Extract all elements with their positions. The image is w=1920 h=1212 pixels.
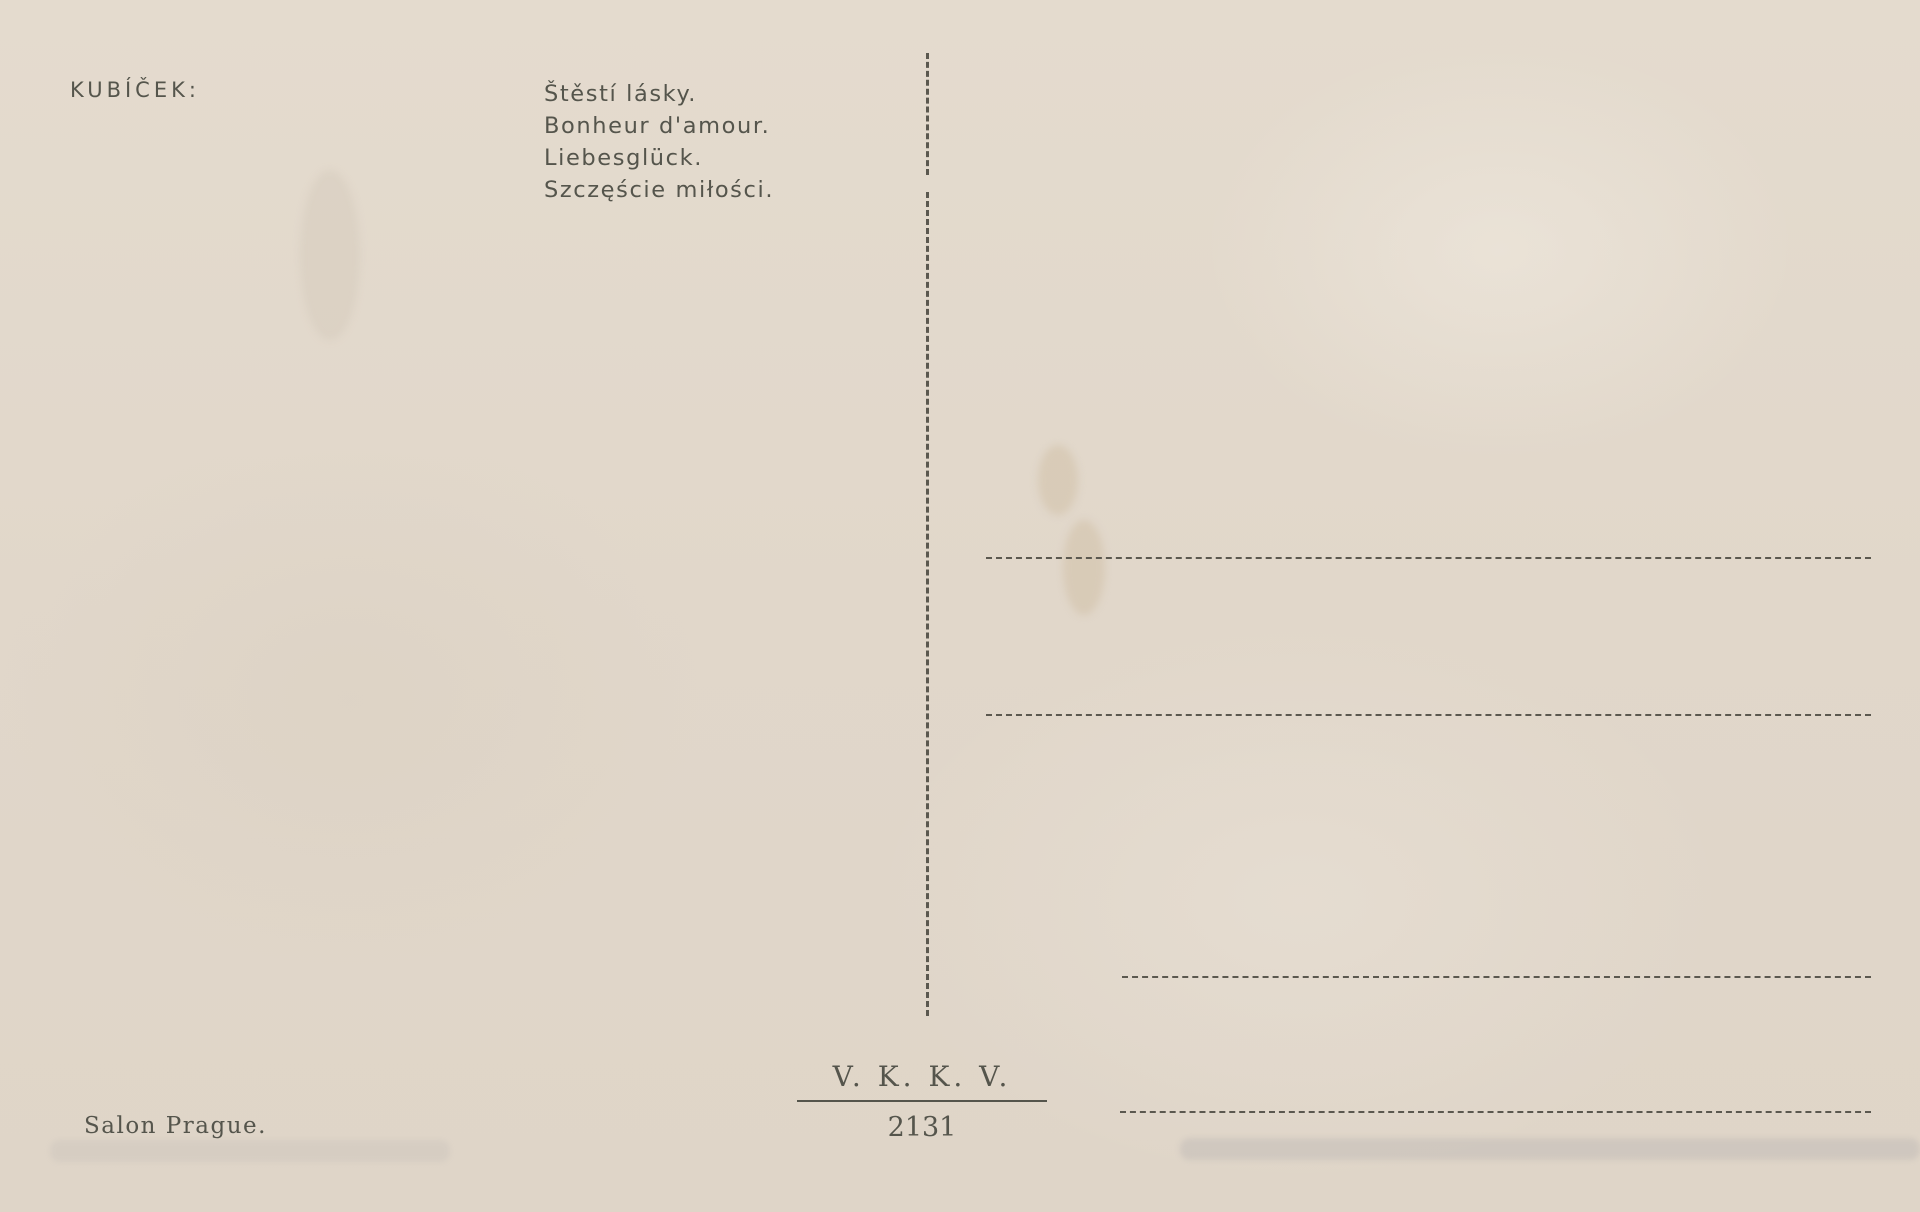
address-line-3 xyxy=(1122,976,1871,978)
title-german: Liebesglück. xyxy=(544,142,774,174)
artwork-titles: Štěstí lásky. Bonheur d'amour. Liebesglü… xyxy=(544,78,774,206)
ink-smudge xyxy=(1180,1138,1920,1160)
card-number: 2131 xyxy=(797,1112,1047,1143)
exhibition-label: Salon Prague. xyxy=(84,1113,267,1139)
stain-mark xyxy=(1038,445,1078,515)
artist-label: KUBÍČEK: xyxy=(70,78,200,102)
title-czech: Štěstí lásky. xyxy=(544,78,774,110)
postcard-back: KUBÍČEK: Štěstí lásky. Bonheur d'amour. … xyxy=(0,0,1920,1212)
publisher-mark: V. K. K. V. xyxy=(797,1060,1047,1093)
address-line-4 xyxy=(1120,1111,1871,1113)
ink-smudge xyxy=(50,1140,450,1162)
address-line-1 xyxy=(986,557,1871,559)
publisher-rule xyxy=(797,1100,1047,1102)
stain-mark xyxy=(300,170,360,340)
stain-mark xyxy=(1063,520,1105,615)
title-french: Bonheur d'amour. xyxy=(544,110,774,142)
address-line-2 xyxy=(986,714,1871,716)
vertical-divider xyxy=(926,192,929,1016)
title-polish: Szczęście miłości. xyxy=(544,174,774,206)
vertical-divider-top xyxy=(926,53,929,175)
